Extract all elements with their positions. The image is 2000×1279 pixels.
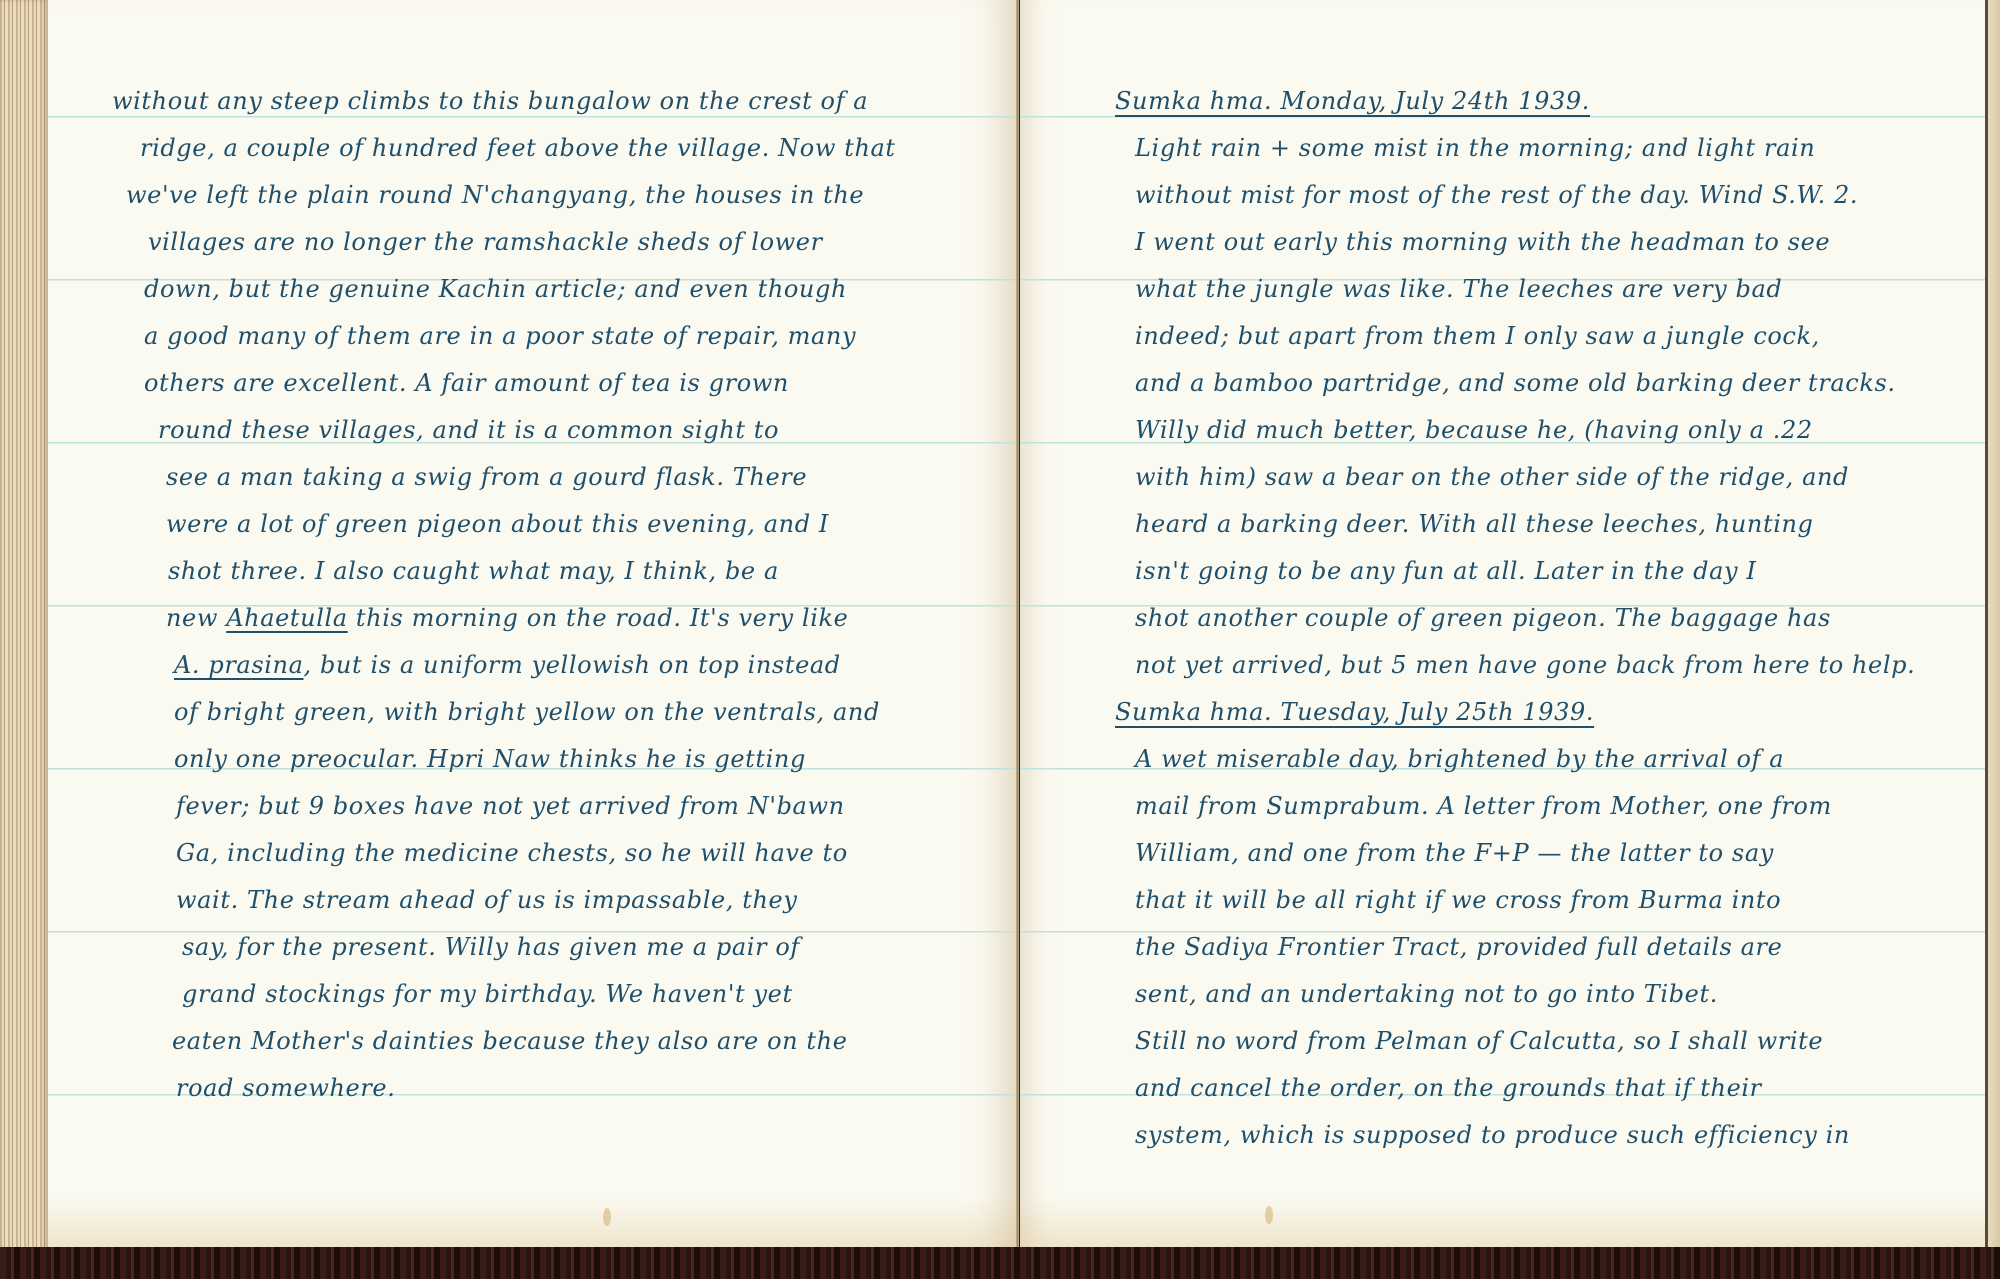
diary-line: not yet arrived, but 5 men have gone bac… — [1135, 653, 1915, 677]
foxing-spot — [1265, 1206, 1273, 1224]
diary-line: sent, and an undertaking not to go into … — [1135, 982, 1718, 1006]
diary-line: we've left the plain round N'changyang, … — [126, 183, 864, 207]
diary-line: wait. The stream ahead of us is impassab… — [176, 888, 798, 912]
diary-line: others are excellent. A fair amount of t… — [144, 371, 789, 395]
diary-line: the Sadiya Frontier Tract, provided full… — [1135, 935, 1782, 959]
diary-line: heard a barking deer. With all these lee… — [1135, 512, 1814, 536]
entry-heading: Sumka hma. Tuesday, July 25th 1939. — [1115, 700, 1594, 724]
diary-line: system, which is supposed to produce suc… — [1135, 1123, 1850, 1147]
diary-line: shot three. I also caught what may, I th… — [168, 559, 779, 583]
diary-line: Still no word from Pelman of Calcutta, s… — [1135, 1029, 1823, 1053]
diary-line: road somewhere. — [176, 1076, 395, 1100]
underlined-term: A. prasina — [174, 651, 304, 679]
diary-line: indeed; but apart from them I only saw a… — [1135, 324, 1820, 348]
foxing-spot — [603, 1208, 611, 1226]
diary-line: William, and one from the F+P — the latt… — [1135, 841, 1774, 865]
diary-line: Ga, including the medicine chests, so he… — [176, 841, 848, 865]
diary-line: without mist for most of the rest of the… — [1135, 183, 1858, 207]
diary-line: new Ahaetulla this morning on the road. … — [166, 606, 848, 630]
entry-heading: Sumka hma. Monday, July 24th 1939. — [1115, 89, 1590, 113]
diary-line: see a man taking a swig from a gourd fla… — [166, 465, 807, 489]
diary-line: Willy did much better, because he, (havi… — [1135, 418, 1813, 442]
diary-line: ridge, a couple of hundred feet above th… — [140, 136, 896, 160]
diary-line: eaten Mother's dainties because they als… — [172, 1029, 848, 1053]
diary-line: were a lot of green pigeon about this ev… — [166, 512, 829, 536]
diary-line: what the jungle was like. The leeches ar… — [1135, 277, 1782, 301]
right-page-edge — [1988, 0, 2000, 1256]
diary-line: Light rain + some mist in the morning; a… — [1135, 136, 1815, 160]
diary-line: down, but the genuine Kachin article; an… — [144, 277, 847, 301]
diary-line: and a bamboo partridge, and some old bar… — [1135, 371, 1896, 395]
diary-line: of bright green, with bright yellow on t… — [174, 700, 880, 724]
diary-line: A wet miserable day, brightened by the a… — [1135, 747, 1784, 771]
diary-line: round these villages, and it is a common… — [158, 418, 779, 442]
book-gutter — [1016, 0, 1019, 1256]
diary-line: grand stockings for my birthday. We have… — [182, 982, 793, 1006]
table-surface — [0, 1247, 2000, 1279]
underlined-term: Ahaetulla — [226, 604, 347, 632]
diary-line: shot another couple of green pigeon. The… — [1135, 606, 1831, 630]
diary-line: isn't going to be any fun at all. Later … — [1135, 559, 1757, 583]
diary-line: A. prasina, but is a uniform yellowish o… — [174, 653, 841, 677]
open-notebook: without any steep climbs to this bungalo… — [0, 0, 2000, 1258]
diary-line: that it will be all right if we cross fr… — [1135, 888, 1781, 912]
diary-line: villages are no longer the ramshackle sh… — [148, 230, 823, 254]
left-page: without any steep climbs to this bungalo… — [48, 0, 1018, 1256]
diary-line: fever; but 9 boxes have not yet arrived … — [176, 794, 845, 818]
diary-line: I went out early this morning with the h… — [1135, 230, 1830, 254]
diary-line: mail from Sumprabum. A letter from Mothe… — [1135, 794, 1832, 818]
diary-line: and cancel the order, on the grounds tha… — [1135, 1076, 1762, 1100]
diary-line: without any steep climbs to this bungalo… — [112, 89, 868, 113]
page-edges-stack — [0, 0, 48, 1258]
diary-line: with him) saw a bear on the other side o… — [1135, 465, 1849, 489]
right-page: Sumka hma. Monday, July 24th 1939.Light … — [1020, 0, 1988, 1256]
diary-line: a good many of them are in a poor state … — [144, 324, 856, 348]
diary-line: say, for the present. Willy has given me… — [182, 935, 800, 959]
diary-line: only one preocular. Hpri Naw thinks he i… — [174, 747, 806, 771]
